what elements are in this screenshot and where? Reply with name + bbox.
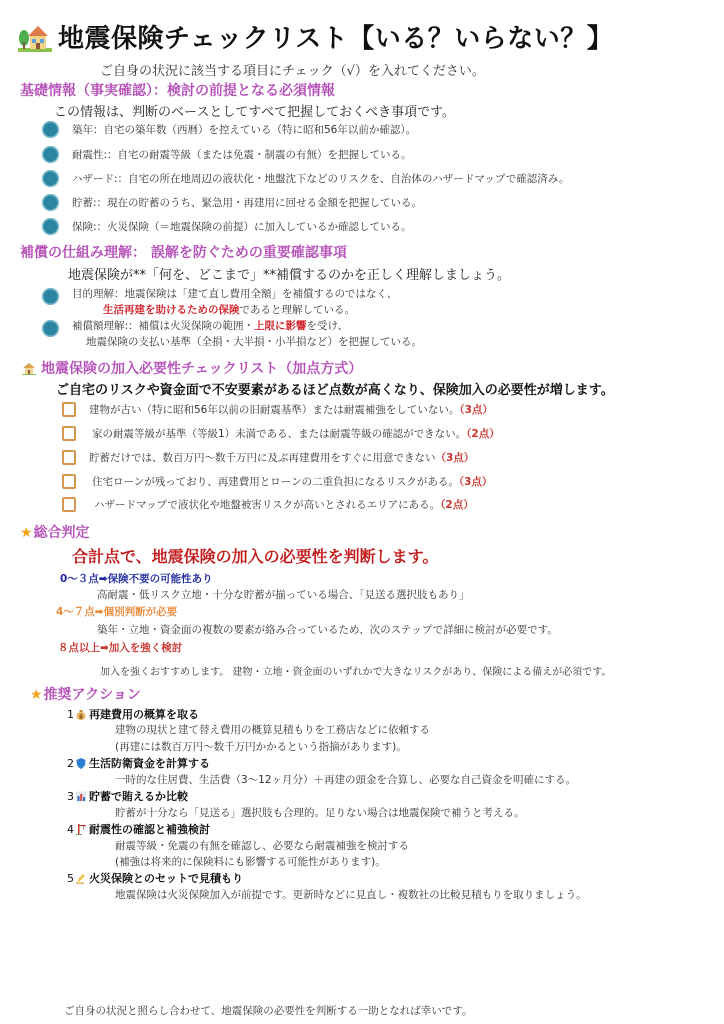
- action-desc: 貯蓄が十分なら「見送る」選択肢も合理的。足りない場合は地震保険で補うと考える。: [115, 805, 525, 820]
- checkbox[interactable]: [62, 450, 76, 465]
- highlight-text: 上限に影響: [254, 320, 307, 332]
- compensation-intro: 地震保険が**「何を、どこまで」**補償するのかを正しく理解しましょう。: [68, 264, 510, 283]
- action-desc: 一時的な住居費、生活費（3～12ヶ月分）＋再建の頭金を合算し、必要な自己資金を明…: [115, 772, 576, 787]
- line-pre: 補償額理解:：補償は火災保険の範囲・: [72, 320, 254, 332]
- action-title-text: 生活防衛資金を計算する: [89, 755, 210, 771]
- judgement-heading-text: 総合判定: [34, 525, 90, 541]
- bullet-icon: [42, 320, 59, 337]
- money-bag-icon: $: [76, 709, 86, 720]
- basic-info-intro: この情報は、判断のベースとしてすべて把握しておくべき事項です。: [54, 101, 455, 120]
- action-title-text: 再建費用の概算を取る: [89, 706, 199, 722]
- action-item-title: 4 耐震性の確認と補強検討: [67, 821, 210, 837]
- action-title-text: 耐震性の確認と補強検討: [89, 821, 210, 837]
- basic-info-item[interactable]: 保険:：火災保険（＝地震保険の前提）に加入しているか確認している。: [42, 218, 412, 235]
- action-desc: 建物の現状と建て替え費用の概算見積もりを工務店などに依頼する: [115, 722, 430, 737]
- shield-icon: [76, 758, 86, 769]
- checkbox[interactable]: [62, 474, 76, 489]
- star-icon: ★: [20, 525, 33, 541]
- checkbox[interactable]: [62, 497, 76, 512]
- basic-info-item-label: ハザード:：自宅の所在地周辺の液状化・地盤沈下などのリスクを、自治体のハザードマ…: [72, 171, 569, 186]
- title-text: 地震保険チェックリスト【いる？いらない？】: [58, 18, 613, 55]
- basic-info-item-label: 耐震性:：自宅の耐震等級（または免震・制震の有無）を把握している。: [72, 147, 412, 162]
- basic-info-item-label: 築年：自宅の築年数（西暦）を控えている（特に昭和56年以前か確認）。: [72, 122, 416, 137]
- tier-label: 4～７点➡個別判断が必要: [56, 604, 177, 619]
- highlight-text: 生活再建を助けるための保険: [103, 304, 240, 316]
- bullet-icon: [42, 194, 59, 211]
- action-number: 1: [67, 708, 74, 721]
- tier-desc: 加入を強くおすすめします。 建物・立地・資金面のいずれかで大きなリスクがあり、保…: [100, 663, 611, 678]
- bullet-icon: [42, 170, 59, 187]
- action-title-text: 貯蓄で賄えるか比較: [89, 788, 188, 804]
- svg-text:$: $: [79, 713, 83, 720]
- checklist-item[interactable]: ハザードマップで液状化や地盤被害リスクが高いとされるエリアにある。（2点）: [62, 497, 474, 512]
- house-icon: [22, 362, 36, 375]
- action-item-title: 5 火災保険とのセットで見積もり: [67, 870, 243, 886]
- basic-info-heading: 基礎情報（事実確認）：検討の前提となる必須情報: [20, 80, 335, 100]
- checklist-intro: ご自宅のリスクや資金面で不安要素があるほど点数が高くなり、保険加入の必要性が増し…: [56, 379, 614, 398]
- page-title: 地震保険チェックリスト【いる？いらない？】: [18, 18, 613, 55]
- checklist-item[interactable]: 家の耐震等級が基準（等級1）未満である、または耐震等級の確認ができない。（2点）: [62, 426, 500, 441]
- action-number: 2: [67, 757, 74, 770]
- tier-label: ８点以上➡加入を強く検討: [58, 640, 182, 655]
- checklist-item-label: 住宅ローンが残っており、再建費用とローンの二重負担になるリスクがある。（3点）: [92, 474, 492, 489]
- action-desc: 地震保険は火災保険加入が前提です。更新時などに見直し・複数社の比較見積もりを取り…: [115, 887, 587, 902]
- basic-info-item[interactable]: ハザード:：自宅の所在地周辺の液状化・地盤沈下などのリスクを、自治体のハザードマ…: [42, 170, 569, 187]
- tier-label: 0～３点➡保険不要の可能性あり: [60, 571, 213, 586]
- points-badge: （2点）: [440, 499, 474, 511]
- action-number: 5: [67, 872, 74, 885]
- action-item-title: 2 生活防衛資金を計算する: [67, 755, 210, 771]
- house-with-garden-icon: [18, 22, 52, 52]
- compensation-item-line: 地震保険の支払い基準（全損・大半損・小半損など）を把握している。: [86, 334, 422, 349]
- instruction-text: ご自身の状況に該当する項目にチェック（√）を入れてください。: [100, 60, 485, 79]
- line-post: を受け、: [307, 320, 349, 332]
- judgement-heading: ★総合判定: [20, 522, 90, 542]
- footer-note: ご自身の状況と照らし合わせて、地震保険の必要性を判断する一助となれば幸いです。: [64, 1003, 472, 1018]
- star-icon: ★: [30, 687, 43, 703]
- points-badge: （3点）: [436, 452, 475, 464]
- checkbox[interactable]: [62, 402, 76, 417]
- compensation-heading: 補償の仕組み理解： 誤解を防ぐための重要確認事項: [20, 242, 347, 262]
- action-title-text: 火災保険とのセットで見積もり: [89, 870, 243, 886]
- tier-desc: 高耐震・低リスク立地・十分な貯蓄が揃っている場合、「見送る選択肢もあり」: [97, 587, 470, 602]
- compensation-item-line: 生活再建を助けるための保険であると理解している。: [103, 302, 355, 317]
- checklist-heading: 地震保険の加入必要性チェックリスト（加点方式）: [22, 358, 362, 378]
- basic-info-item[interactable]: 耐震性:：自宅の耐震等級（または免震・制震の有無）を把握している。: [42, 146, 412, 163]
- checklist-item-label: 家の耐震等級が基準（等級1）未満である、または耐震等級の確認ができない。（2点）: [92, 426, 500, 441]
- checklist-item-label: 貯蓄だけでは、数百万円～数千万円に及ぶ再建費用をすぐに用意できない（3点）: [89, 450, 474, 465]
- action-number: 3: [67, 790, 74, 803]
- tier-desc: 築年・立地・資金面の複数の要素が絡み合っているため、次のステップで詳細に検討が必…: [97, 622, 558, 637]
- judgement-main: 合計点で、地震保険の加入の必要性を判断します。: [72, 544, 438, 567]
- checklist-item-label: ハザードマップで液状化や地盤被害リスクが高いとされるエリアにある。（2点）: [94, 497, 474, 512]
- action-number: 4: [67, 823, 74, 836]
- bullet-icon: [42, 288, 59, 305]
- checklist-heading-text: 地震保険の加入必要性チェックリスト（加点方式）: [41, 358, 362, 378]
- checkbox[interactable]: [62, 426, 76, 441]
- line-rest: であると理解している。: [240, 304, 356, 316]
- actions-heading: ★推奨アクション: [30, 684, 141, 704]
- action-desc: (再建には数百万円～数千万円かかるという指摘があります)。: [115, 739, 407, 754]
- checklist-item[interactable]: 建物が古い（特に昭和56年以前の旧耐震基準）または耐震補強をしていない。（3点）: [62, 402, 493, 417]
- basic-info-item[interactable]: 築年：自宅の築年数（西暦）を控えている（特に昭和56年以前か確認）。: [42, 121, 416, 138]
- points-badge: （3点）: [459, 404, 493, 416]
- bar-chart-icon: [76, 791, 86, 802]
- writing-hand-icon: [76, 873, 86, 884]
- actions-heading-text: 推奨アクション: [44, 687, 141, 703]
- bullet-icon: [42, 146, 59, 163]
- action-item-title: 3 貯蓄で賄えるか比較: [67, 788, 188, 804]
- checklist-item[interactable]: 貯蓄だけでは、数百万円～数千万円に及ぶ再建費用をすぐに用意できない（3点）: [62, 450, 474, 465]
- basic-info-item-label: 貯蓄:：現在の貯蓄のうち、緊急用・再建用に回せる金額を把握している。: [72, 195, 422, 210]
- checklist-item[interactable]: 住宅ローンが残っており、再建費用とローンの二重負担になるリスクがある。（3点）: [62, 474, 492, 489]
- points-badge: （2点）: [466, 428, 500, 440]
- points-badge: （3点）: [459, 476, 493, 488]
- action-desc: 耐震等級・免震の有無を確認し、必要なら耐震補強を検討する: [115, 838, 409, 853]
- checklist-item-label: 建物が古い（特に昭和56年以前の旧耐震基準）または耐震補強をしていない。（3点）: [89, 402, 493, 417]
- bullet-icon: [42, 218, 59, 235]
- compensation-item-line: 補償額理解:：補償は火災保険の範囲・上限に影響を受け、: [72, 318, 348, 333]
- compensation-item-line: 目的理解：地震保険は「建て直し費用全額」を補償するのではなく、: [72, 286, 397, 301]
- action-desc: (補強は将来的に保険料にも影響する可能性があります)。: [115, 854, 386, 869]
- action-item-title: 1 $ 再建費用の概算を取る: [67, 706, 199, 722]
- building-construction-icon: [76, 824, 86, 835]
- basic-info-item-label: 保険:：火災保険（＝地震保険の前提）に加入しているか確認している。: [72, 219, 412, 234]
- bullet-icon: [42, 121, 59, 138]
- basic-info-item[interactable]: 貯蓄:：現在の貯蓄のうち、緊急用・再建用に回せる金額を把握している。: [42, 194, 422, 211]
